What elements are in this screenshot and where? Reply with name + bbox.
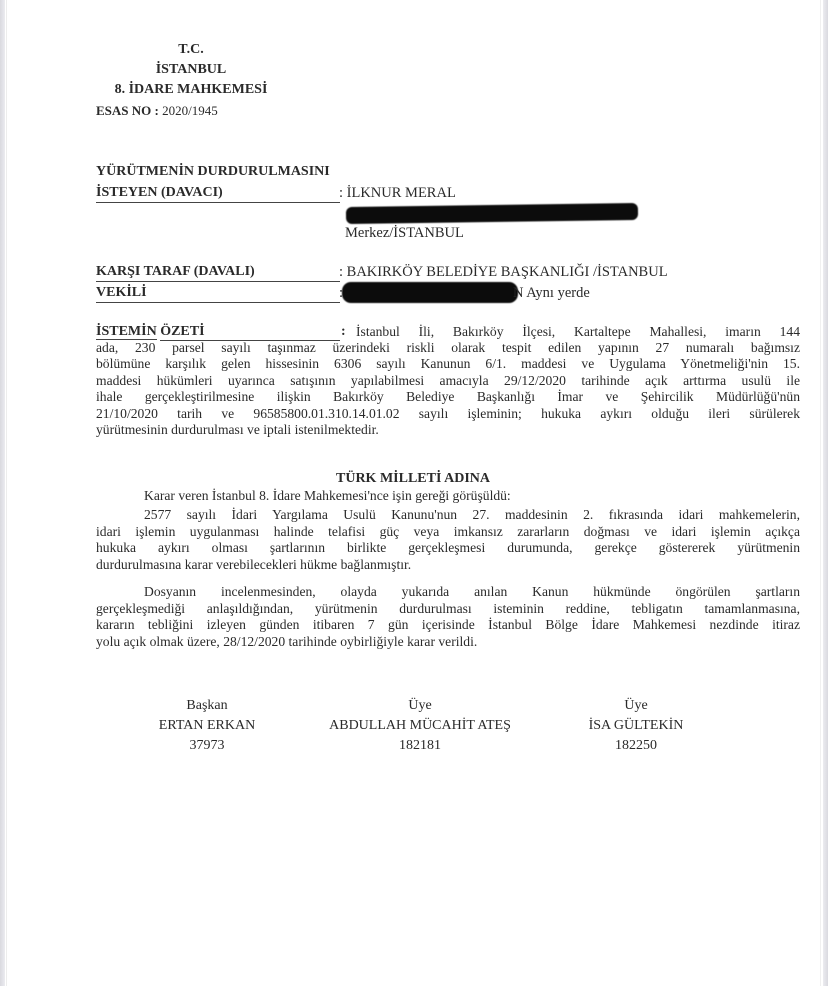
page-edge-right <box>823 0 828 986</box>
signature-member-1: Üye ABDULLAH MÜCAHİT ATEŞ 182181 <box>310 696 530 756</box>
plaintiff-address-city: Merkez/İSTANBUL <box>345 225 464 242</box>
plaintiff-label: İSTEYEN (DAVACI) <box>96 185 340 203</box>
signature-role: Üye <box>526 696 746 716</box>
page-edge-left <box>0 0 5 986</box>
header-court: 8. İDARE MAHKEMESİ <box>91 82 291 98</box>
decision-para2-first: Dosyanın incelenmesinden, olayda yukarıd… <box>144 584 800 600</box>
attorney-suffix: N Aynı yerde <box>513 285 590 302</box>
redacted-attorney-name <box>342 282 518 303</box>
defendant-label: KARŞI TARAF (DAVALI) <box>96 264 340 282</box>
attorney-label: VEKİLİ <box>96 285 340 303</box>
signature-member-2: Üye İSA GÜLTEKİN 182250 <box>526 696 746 756</box>
signature-role: Başkan <box>97 696 317 716</box>
request-title: YÜRÜTMENİN DURDURULMASINI <box>96 164 330 180</box>
summary-line-1: İstanbul İli, Bakırköy İlçesi, Kartaltep… <box>356 324 800 340</box>
decision-intro: Karar veren İstanbul 8. İdare Mahkemesi'… <box>144 488 511 504</box>
decision-para1-first: 2577 sayılı İdari Yargılama Usulü Kanunu… <box>144 507 800 523</box>
redacted-address <box>346 203 638 224</box>
signature-name: ERTAN ERKAN <box>97 716 317 736</box>
decision-para2-body: gerçekleşmediği anlaşıldığından, yürütme… <box>96 601 800 650</box>
header-tc: T.C. <box>91 42 291 58</box>
summary-colon: : <box>341 324 346 340</box>
signature-president: Başkan ERTAN ERKAN 37973 <box>97 696 317 756</box>
case-number: ESAS NO : 2020/1945 <box>96 103 218 119</box>
decision-para1-body: idari işlemin uygulanması halinde telafi… <box>96 524 800 573</box>
header-city: İSTANBUL <box>91 62 291 78</box>
page-edge-right-line <box>820 0 821 986</box>
summary-body: ada, 230 parsel sayılı taşınmaz üzerinde… <box>96 340 800 438</box>
signature-number: 182250 <box>526 736 746 756</box>
signature-number: 37973 <box>97 736 317 756</box>
summary-label-part2: ÖZETİ <box>160 324 340 341</box>
case-number-label: ESAS NO : <box>96 103 159 118</box>
signature-name: ABDULLAH MÜCAHİT ATEŞ <box>310 716 530 736</box>
signature-role: Üye <box>310 696 530 716</box>
decision-title: TÜRK MİLLETİ ADINA <box>336 471 490 487</box>
signature-number: 182181 <box>310 736 530 756</box>
page-edge-left-line <box>6 0 7 986</box>
summary-label-part1: İSTEMİN <box>96 324 157 340</box>
signature-name: İSA GÜLTEKİN <box>526 716 746 736</box>
summary-label: İSTEMİN ÖZETİ <box>96 324 340 341</box>
case-number-value: 2020/1945 <box>162 103 218 118</box>
plaintiff-name: : İLKNUR MERAL <box>339 185 456 202</box>
defendant-name: : BAKIRKÖY BELEDİYE BAŞKANLIĞI /İSTANBUL <box>339 264 668 281</box>
